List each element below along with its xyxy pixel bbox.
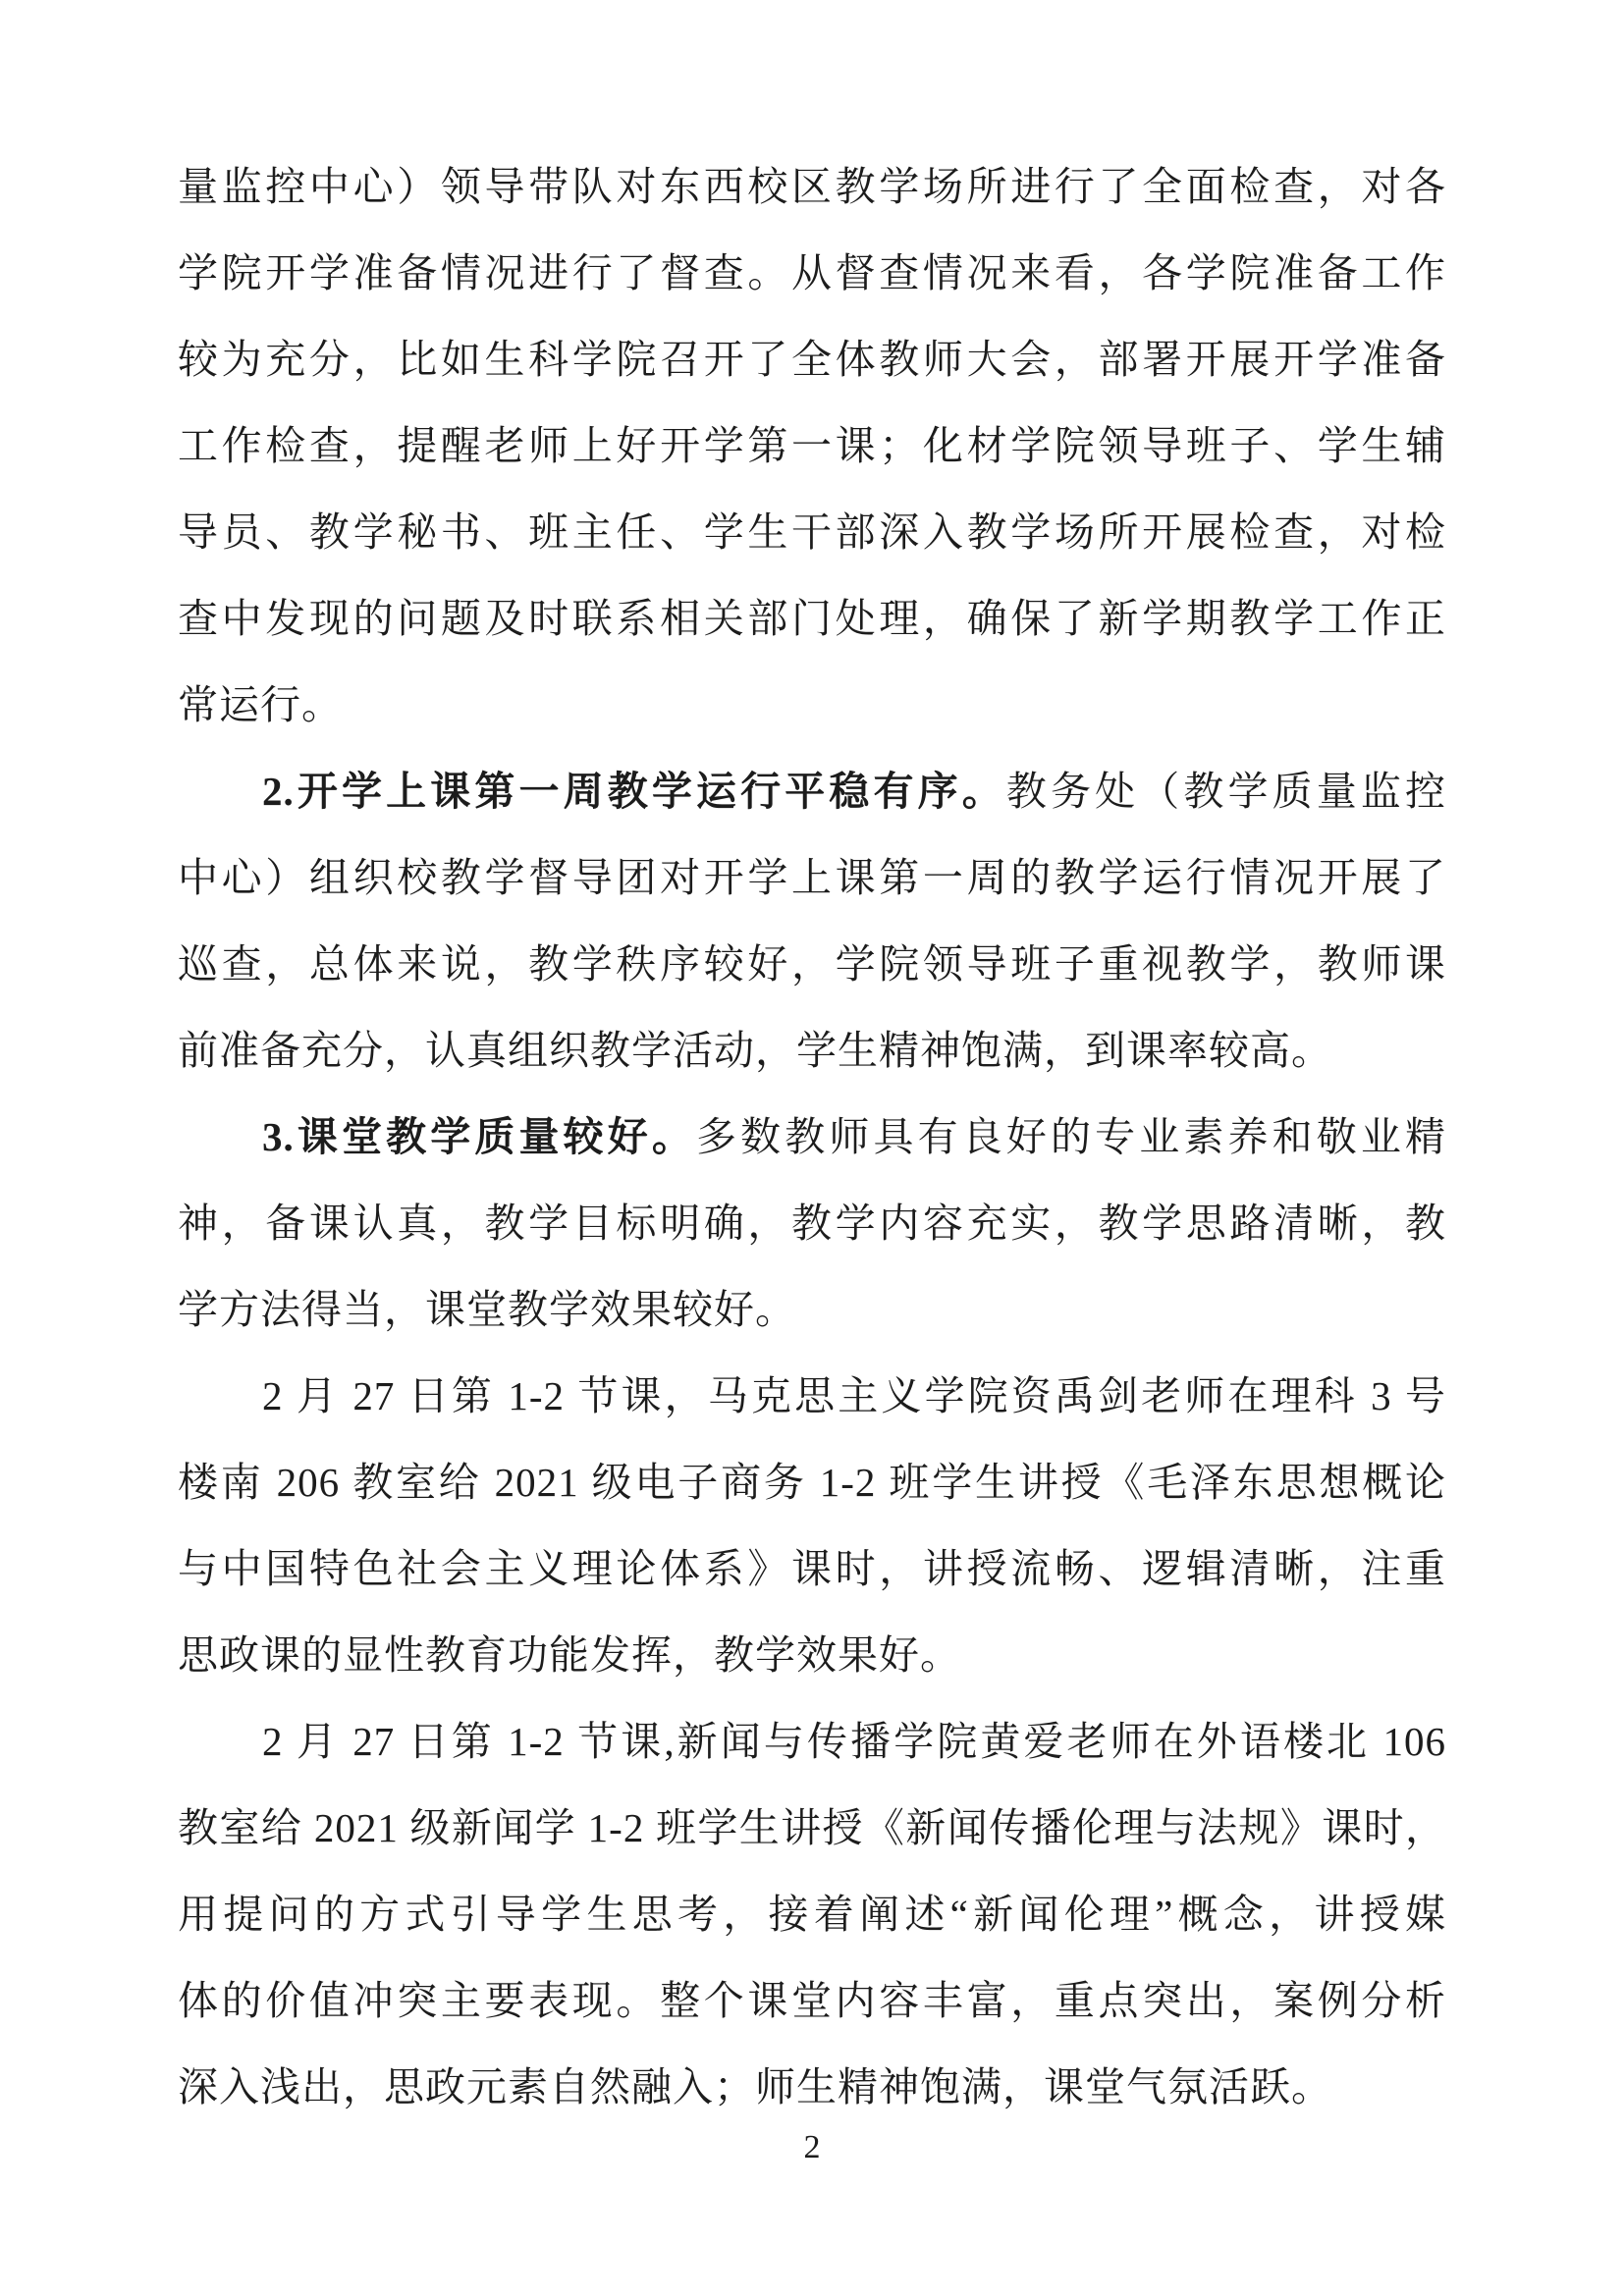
text-line: 3.课堂教学质量较好。多数教师具有良好的专业素养和敬业精: [178, 1094, 1446, 1180]
text-run: 前准备充分，认真组织教学活动，学生精神饱满，到课率较高。: [178, 1028, 1332, 1073]
page-number: 2: [0, 2118, 1624, 2177]
text-line: 神，备课认真，教学目标明确，教学内容充实，教学思路清晰，教: [178, 1180, 1446, 1266]
text-line: 学方法得当，课堂教学效果较好。: [178, 1266, 1446, 1353]
text-run: 工作检查，提醒老师上好开学第一课；化材学院领导班子、学生辅: [178, 423, 1446, 468]
text-run: 2 月 27 日第 1-2 节课，马克思主义学院资禹剑老师在理科 3 号: [262, 1373, 1446, 1418]
text-run: 中心）组织校教学督导团对开学上课第一周的教学运行情况开展了: [178, 855, 1446, 900]
text-line: 用提问的方式引导学生思考，接着阐述“新闻伦理”概念，讲授媒: [178, 1871, 1446, 1957]
text-run: 深入浅出，思政元素自然融入；师生精神饱满，课堂气氛活跃。: [178, 2064, 1332, 2109]
text-run: 2 月 27 日第 1-2 节课,新闻与传播学院黄爱老师在外语楼北 106: [262, 1719, 1446, 1764]
text-line: 工作检查，提醒老师上好开学第一课；化材学院领导班子、学生辅: [178, 402, 1446, 489]
text-line: 学院开学准备情况进行了督查。从督查情况来看，各学院准备工作: [178, 230, 1446, 316]
text-line: 深入浅出，思政元素自然融入；师生精神饱满，课堂气氛活跃。: [178, 2044, 1446, 2130]
document-body: 量监控中心）领导带队对东西校区教学场所进行了全面检查，对各学院开学准备情况进行了…: [178, 143, 1446, 2130]
text-run: 量监控中心）领导带队对东西校区教学场所进行了全面检查，对各: [178, 164, 1446, 209]
bold-run: 2.开学上课第一周教学运行平稳有序。: [262, 769, 1006, 814]
text-run: 学院开学准备情况进行了督查。从督查情况来看，各学院准备工作: [178, 250, 1446, 295]
text-run: 查中发现的问题及时联系相关部门处理，确保了新学期教学工作正: [178, 596, 1446, 641]
text-line: 2 月 27 日第 1-2 节课，马克思主义学院资禹剑老师在理科 3 号: [178, 1353, 1446, 1439]
bold-run: 3.课堂教学质量较好。: [262, 1114, 696, 1159]
text-run: 导员、教学秘书、班主任、学生干部深入教学场所开展检查，对检: [178, 509, 1446, 555]
text-run: 常运行。: [178, 682, 343, 727]
text-line: 巡查，总体来说，教学秩序较好，学院领导班子重视教学，教师课: [178, 921, 1446, 1007]
text-line: 前准备充分，认真组织教学活动，学生精神饱满，到课率较高。: [178, 1007, 1446, 1094]
text-run: 用提问的方式引导学生思考，接着阐述“新闻伦理”概念，讲授媒: [178, 1892, 1446, 1937]
text-line: 常运行。: [178, 662, 1446, 748]
text-run: 多数教师具有良好的专业素养和敬业精: [696, 1114, 1446, 1159]
text-run: 学方法得当，课堂教学效果较好。: [178, 1287, 796, 1332]
text-run: 巡查，总体来说，教学秩序较好，学院领导班子重视教学，教师课: [178, 941, 1446, 987]
text-line: 导员、教学秘书、班主任、学生干部深入教学场所开展检查，对检: [178, 489, 1446, 575]
text-line: 教室给 2021 级新闻学 1-2 班学生讲授《新闻传播伦理与法规》课时，: [178, 1785, 1446, 1871]
text-line: 量监控中心）领导带队对东西校区教学场所进行了全面检查，对各: [178, 143, 1446, 230]
text-line: 与中国特色社会主义理论体系》课时，讲授流畅、逻辑清晰，注重: [178, 1525, 1446, 1612]
text-run: 神，备课认真，教学目标明确，教学内容充实，教学思路清晰，教: [178, 1201, 1446, 1246]
text-line: 体的价值冲突主要表现。整个课堂内容丰富，重点突出，案例分析: [178, 1957, 1446, 2044]
text-line: 2.开学上课第一周教学运行平稳有序。教务处（教学质量监控: [178, 748, 1446, 834]
text-run: 教务处（教学质量监控: [1006, 769, 1446, 814]
text-run: 体的价值冲突主要表现。整个课堂内容丰富，重点突出，案例分析: [178, 1978, 1446, 2023]
text-line: 中心）组织校教学督导团对开学上课第一周的教学运行情况开展了: [178, 834, 1446, 921]
text-line: 楼南 206 教室给 2021 级电子商务 1-2 班学生讲授《毛泽东思想概论: [178, 1439, 1446, 1525]
text-run: 较为充分，比如生科学院召开了全体教师大会，部署开展开学准备: [178, 337, 1446, 382]
document-page: 量监控中心）领导带队对东西校区教学场所进行了全面检查，对各学院开学准备情况进行了…: [0, 0, 1624, 2296]
text-line: 思政课的显性教育功能发挥，教学效果好。: [178, 1612, 1446, 1698]
text-run: 教室给 2021 级新闻学 1-2 班学生讲授《新闻传播伦理与法规》课时，: [178, 1805, 1446, 1850]
text-run: 楼南 206 教室给 2021 级电子商务 1-2 班学生讲授《毛泽东思想概论: [178, 1460, 1446, 1505]
text-line: 查中发现的问题及时联系相关部门处理，确保了新学期教学工作正: [178, 575, 1446, 662]
text-line: 2 月 27 日第 1-2 节课,新闻与传播学院黄爱老师在外语楼北 106: [178, 1698, 1446, 1785]
text-line: 较为充分，比如生科学院召开了全体教师大会，部署开展开学准备: [178, 316, 1446, 402]
text-run: 思政课的显性教育功能发挥，教学效果好。: [178, 1632, 961, 1678]
text-run: 与中国特色社会主义理论体系》课时，讲授流畅、逻辑清晰，注重: [178, 1546, 1446, 1591]
